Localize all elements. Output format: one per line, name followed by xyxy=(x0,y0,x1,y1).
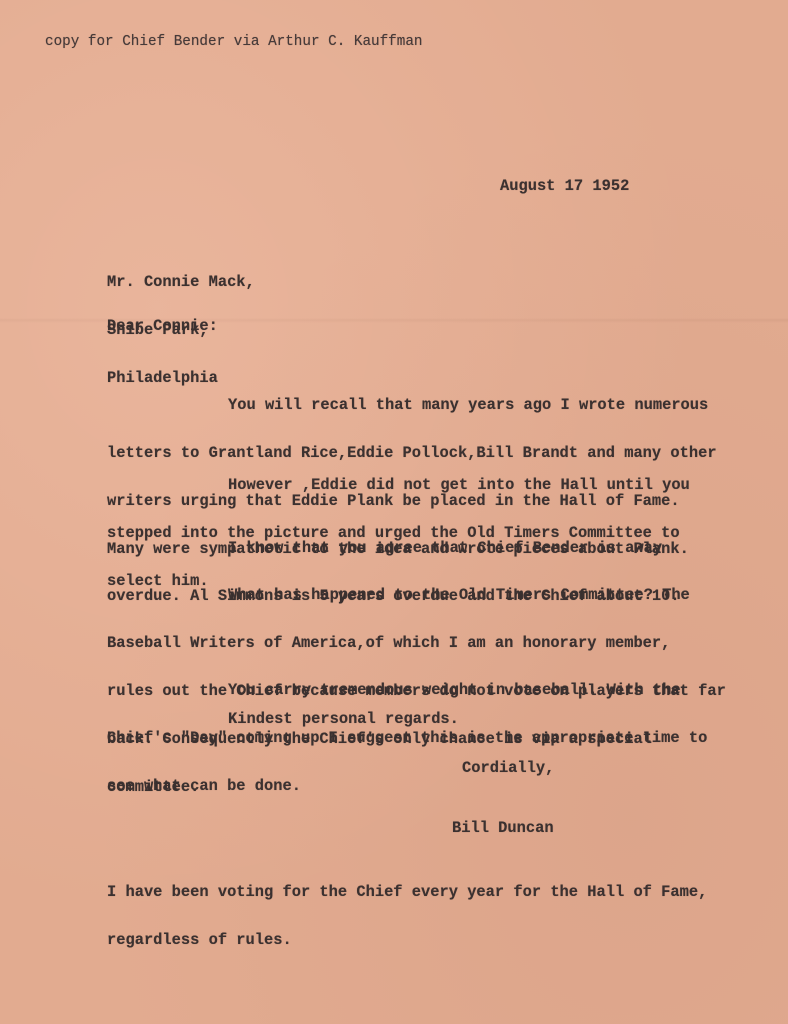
paragraph-5: You carry tremendous weight in baseball.… xyxy=(107,650,707,826)
postscript-line: I have been voting for the Chief every y… xyxy=(107,884,707,900)
letter-date: August 17 1952 xyxy=(500,178,629,194)
closing: Cordially, xyxy=(462,760,554,776)
paragraph-line: What has happened to the Old Timers Comm… xyxy=(107,587,726,603)
paragraph-line: You will recall that many years ago I wr… xyxy=(107,397,717,413)
paragraph-line: I know that you agree that Chief Bender … xyxy=(107,540,680,556)
postscript: I have been voting for the Chief every y… xyxy=(107,852,707,980)
letter-page: copy for Chief Bender via Arthur C. Kauf… xyxy=(0,0,788,1024)
paragraph-line: Chief's "Day" coming up I suggest this i… xyxy=(107,730,707,746)
paragraph-line: However ,Eddie did not get into the Hall… xyxy=(107,477,690,493)
signature: Bill Duncan xyxy=(452,820,554,836)
regards-line: Kindest personal regards. xyxy=(228,711,459,727)
postscript-line: regardless of rules. xyxy=(107,932,707,948)
recipient-line: Mr. Connie Mack, xyxy=(107,274,255,290)
paragraph-line: You carry tremendous weight in baseball.… xyxy=(107,682,707,698)
salutation: Dear Connie: xyxy=(107,318,218,334)
paragraph-line: Baseball Writers of America,of which I a… xyxy=(107,635,726,651)
paragraph-line: see what can be done. xyxy=(107,778,707,794)
copy-note: copy for Chief Bender via Arthur C. Kauf… xyxy=(45,34,423,50)
